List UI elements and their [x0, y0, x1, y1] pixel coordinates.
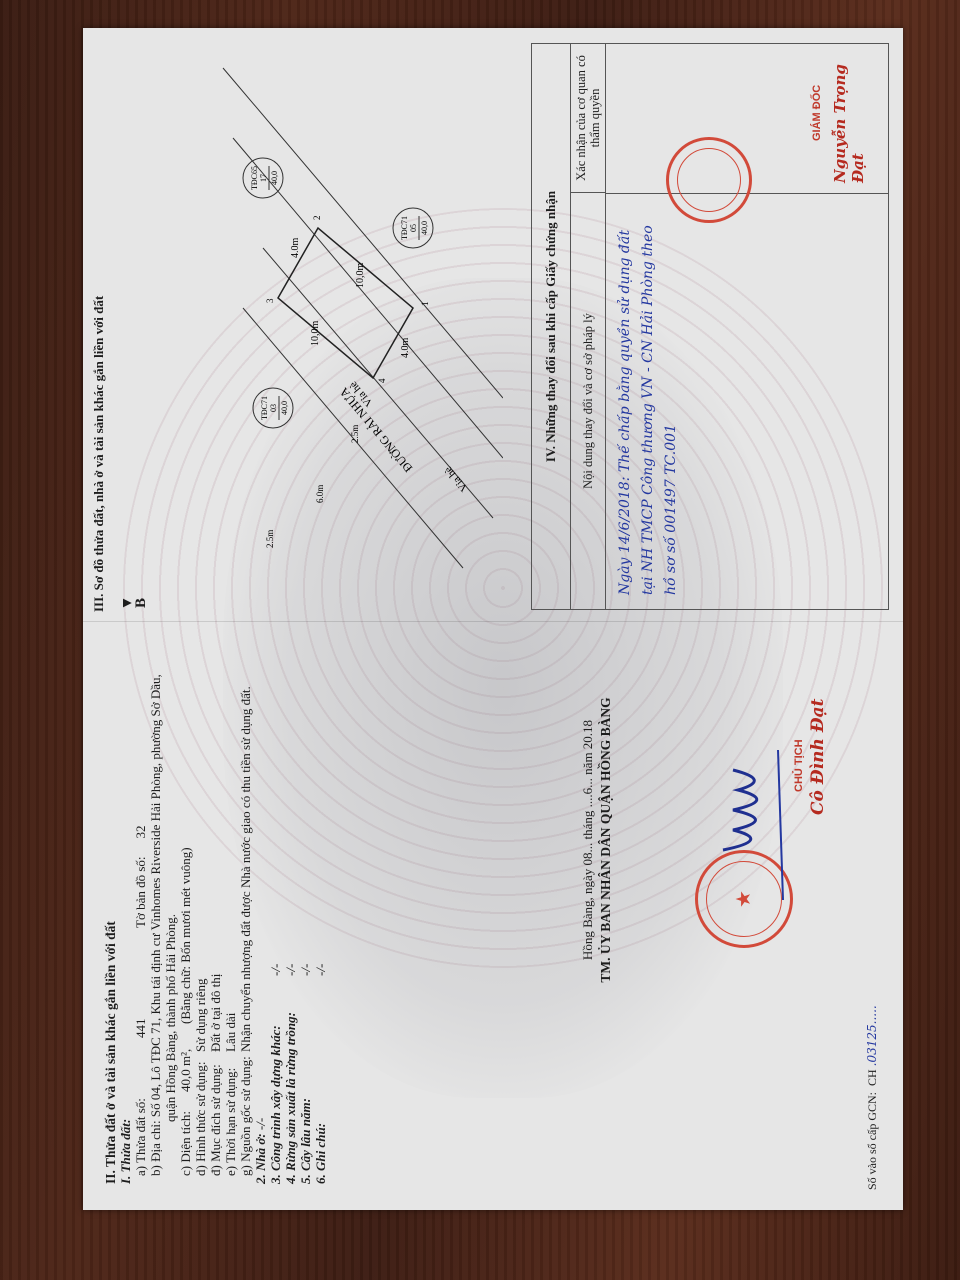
svg-text:2: 2	[312, 216, 322, 221]
registry-number: Số vào sổ cấp GCN: CH .03125.....	[865, 1005, 880, 1190]
svg-text:10,0m: 10,0m	[355, 263, 366, 289]
authority-confirmation-header: Xác nhận của cơ quan có thẩm quyền	[571, 44, 605, 192]
neighbor-parcel: TĐC65 17 40,0	[243, 158, 283, 198]
svg-text:2.5m: 2.5m	[265, 530, 275, 548]
purpose: Đất ở tại đô thị	[208, 974, 223, 1052]
origin: Nhận chuyển nhượng đất được Nhà nước gia…	[238, 686, 253, 1052]
branch-seal-stamp	[666, 137, 752, 223]
forest-label: 4. Rừng sản xuất là rừng trồng:	[283, 976, 298, 1184]
house-label: 2. Nhà ở:	[253, 1133, 268, 1184]
registry-number-value: .03125.....	[865, 1005, 879, 1066]
parcel-diagram: ĐƯỜNG RẢI NHỰA Vỉa hè Vỉa hè 10,0m 10,0m…	[123, 48, 503, 608]
svg-text:2.5m: 2.5m	[350, 425, 360, 443]
perennial-value: -/-	[298, 964, 313, 976]
road-label: ĐƯỜNG RẢI NHỰA	[336, 385, 415, 475]
purpose-label: đ) Mục đích sử dụng:	[208, 1052, 223, 1176]
svg-text:17: 17	[259, 174, 268, 182]
registry-prefix: CH	[865, 1069, 879, 1086]
svg-text:4.0m: 4.0m	[290, 238, 301, 259]
notes-value: -/-	[313, 964, 328, 976]
origin-label: g) Nguồn gốc sử dụng:	[238, 1052, 253, 1176]
svg-text:TĐC71: TĐC71	[260, 396, 269, 420]
svg-text:TĐC65: TĐC65	[250, 166, 259, 190]
svg-text:40,0: 40,0	[420, 221, 429, 235]
changes-table: IV. Những thay đổi sau khi cấp Giấy chứn…	[531, 43, 889, 610]
neighbor-parcel: TĐC71 03 40,0	[253, 388, 293, 428]
signature-block: Hồng Bàng, ngày 08... tháng ....6... năm…	[580, 630, 614, 1050]
issuing-authority: TM. ỦY BAN NHÂN DÂN QUẬN HỒNG BÀNG	[598, 630, 614, 1050]
chairman-title: CHỦ TỊCH	[793, 739, 805, 792]
right-page: III. Sơ đồ thửa đất, nhà ở và tài sản kh…	[83, 28, 903, 618]
director-title: GIÁM ĐỐC	[811, 85, 823, 141]
svg-text:10,0m: 10,0m	[310, 321, 321, 347]
other-construction-label: 3. Công trình xây dựng khác:	[268, 976, 283, 1184]
area-value: 40,0 m²,	[178, 1024, 193, 1092]
rotated-content: II. Thửa đất ở và tài sản khác gắn liền …	[83, 28, 903, 1210]
parcel-no: 441	[133, 938, 148, 1056]
section-iv-title: IV. Những thay đổi sau khi cấp Giấy chứn…	[532, 44, 571, 609]
director-name: Nguyễn Trọng Đạt	[831, 44, 867, 183]
house-value: -/-	[253, 1118, 268, 1130]
area-label: c) Diện tích:	[178, 1092, 193, 1176]
perennial-label: 5. Cây lâu năm:	[298, 976, 313, 1184]
section-ii: II. Thửa đất ở và tài sản khác gắn liền …	[83, 620, 903, 1210]
address-line1: Số 04, Lô TĐC 71, Khu tái định cư Vinhom…	[148, 674, 163, 1117]
map-sheet: 32	[133, 825, 148, 856]
address-label: b) Địa chỉ:	[148, 1120, 163, 1176]
other-construction-value: -/-	[268, 964, 283, 976]
changes-content-header: Nội dung thay đổi và cơ sở pháp lý	[571, 192, 605, 609]
confirmation-cell: GIÁM ĐỐC Nguyễn Trọng Đạt	[606, 44, 888, 193]
svg-text:40,0: 40,0	[270, 171, 279, 185]
forest-value: -/-	[283, 964, 298, 976]
use-form-label: d) Hình thức sử dụng:	[193, 1052, 208, 1176]
parcel-heading: I. Thửa đất:	[118, 624, 133, 1184]
change-entry: Ngày 14/6/2018: Thế chấp bằng quyền sử d…	[606, 193, 888, 609]
svg-text:05: 05	[409, 224, 418, 232]
use-form: Sử dụng riêng	[193, 979, 208, 1053]
issue-date: Hồng Bàng, ngày 08... tháng ....6... năm…	[580, 630, 596, 1050]
neighbor-parcel: TĐC71 05 40,0	[393, 208, 433, 248]
svg-text:6.0m: 6.0m	[315, 485, 325, 503]
svg-text:Vỉa hè: Vỉa hè	[442, 464, 470, 494]
chairman-signature	[693, 730, 803, 910]
chairman-name: Cô Đình Đạt	[808, 699, 828, 815]
term: Lâu dài	[223, 1013, 238, 1052]
notes-label: 6. Ghi chú:	[313, 976, 328, 1184]
svg-text:TĐC71: TĐC71	[400, 216, 409, 240]
section-ii-title: II. Thửa đất ở và tài sản khác gắn liền …	[103, 624, 118, 1184]
map-sheet-label: Tờ bản đồ số:	[133, 856, 148, 938]
svg-text:4: 4	[377, 378, 387, 383]
svg-text:03: 03	[269, 404, 278, 412]
address-line2: quận Hồng Bàng, thành phố Hải Phòng.	[163, 624, 178, 1184]
section-iii-title: III. Sơ đồ thửa đất, nhà ở và tài sản kh…	[91, 296, 107, 612]
area-words: (Bằng chữ: Bốn mươi mét vuông)	[178, 847, 193, 1024]
svg-text:40,0: 40,0	[280, 401, 289, 415]
svg-text:4.0m: 4.0m	[400, 338, 411, 359]
svg-text:3: 3	[265, 298, 275, 303]
land-use-certificate: II. Thửa đất ở và tài sản khác gắn liền …	[83, 28, 903, 1210]
term-label: e) Thời hạn sử dụng:	[223, 1052, 238, 1176]
parcel-no-label: a) Thửa đất số:	[133, 1056, 148, 1176]
registry-label: Số vào sổ cấp GCN:	[865, 1092, 879, 1190]
svg-text:1: 1	[420, 302, 430, 307]
